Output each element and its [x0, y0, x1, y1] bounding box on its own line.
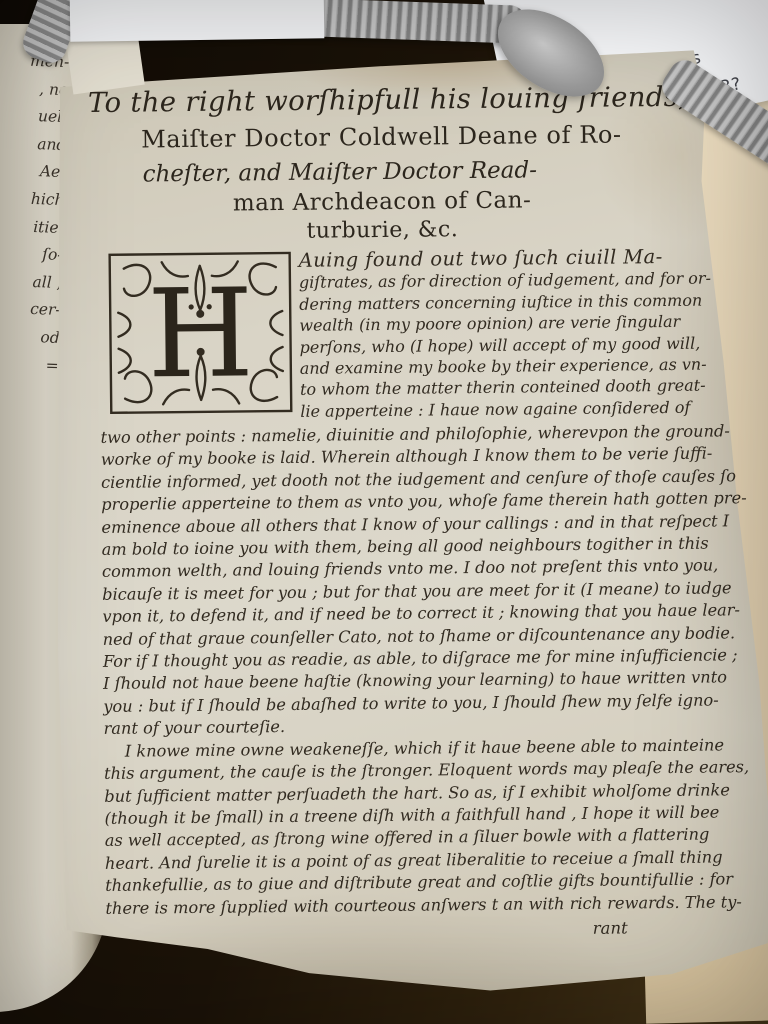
dedication-line: Maiſter Doctor Coldwell Deane of Ro- [88, 120, 674, 154]
drop-cap-letter: H [147, 262, 255, 405]
dedication-heading: To the right worſhipfull his louing frie… [88, 81, 676, 246]
paragraph-1-wrapped-lines: Auing found out two ſuch ciuill Ma- giſt… [299, 246, 703, 422]
open-book-page-group: To the right worſhipfull his louing frie… [0, 0, 768, 1024]
catchword: rant [593, 918, 628, 937]
blank-paper-slip [70, 0, 325, 42]
book-photograph: What are the tricks 352 & 353? men- , no… [0, 0, 768, 1024]
dedication-line: cheſter, and Maiſter Doctor Read- [47, 156, 633, 188]
woodcut-initial-h: H [108, 251, 294, 415]
woodcut-initial-frame: H [108, 251, 294, 415]
dedication-line: man Archdeacon of Can- [89, 186, 675, 218]
body-line: lie apperteine : I haue now againe conſi… [300, 396, 702, 422]
body-text-block: two other points : namelie, diuinitie an… [100, 421, 705, 920]
